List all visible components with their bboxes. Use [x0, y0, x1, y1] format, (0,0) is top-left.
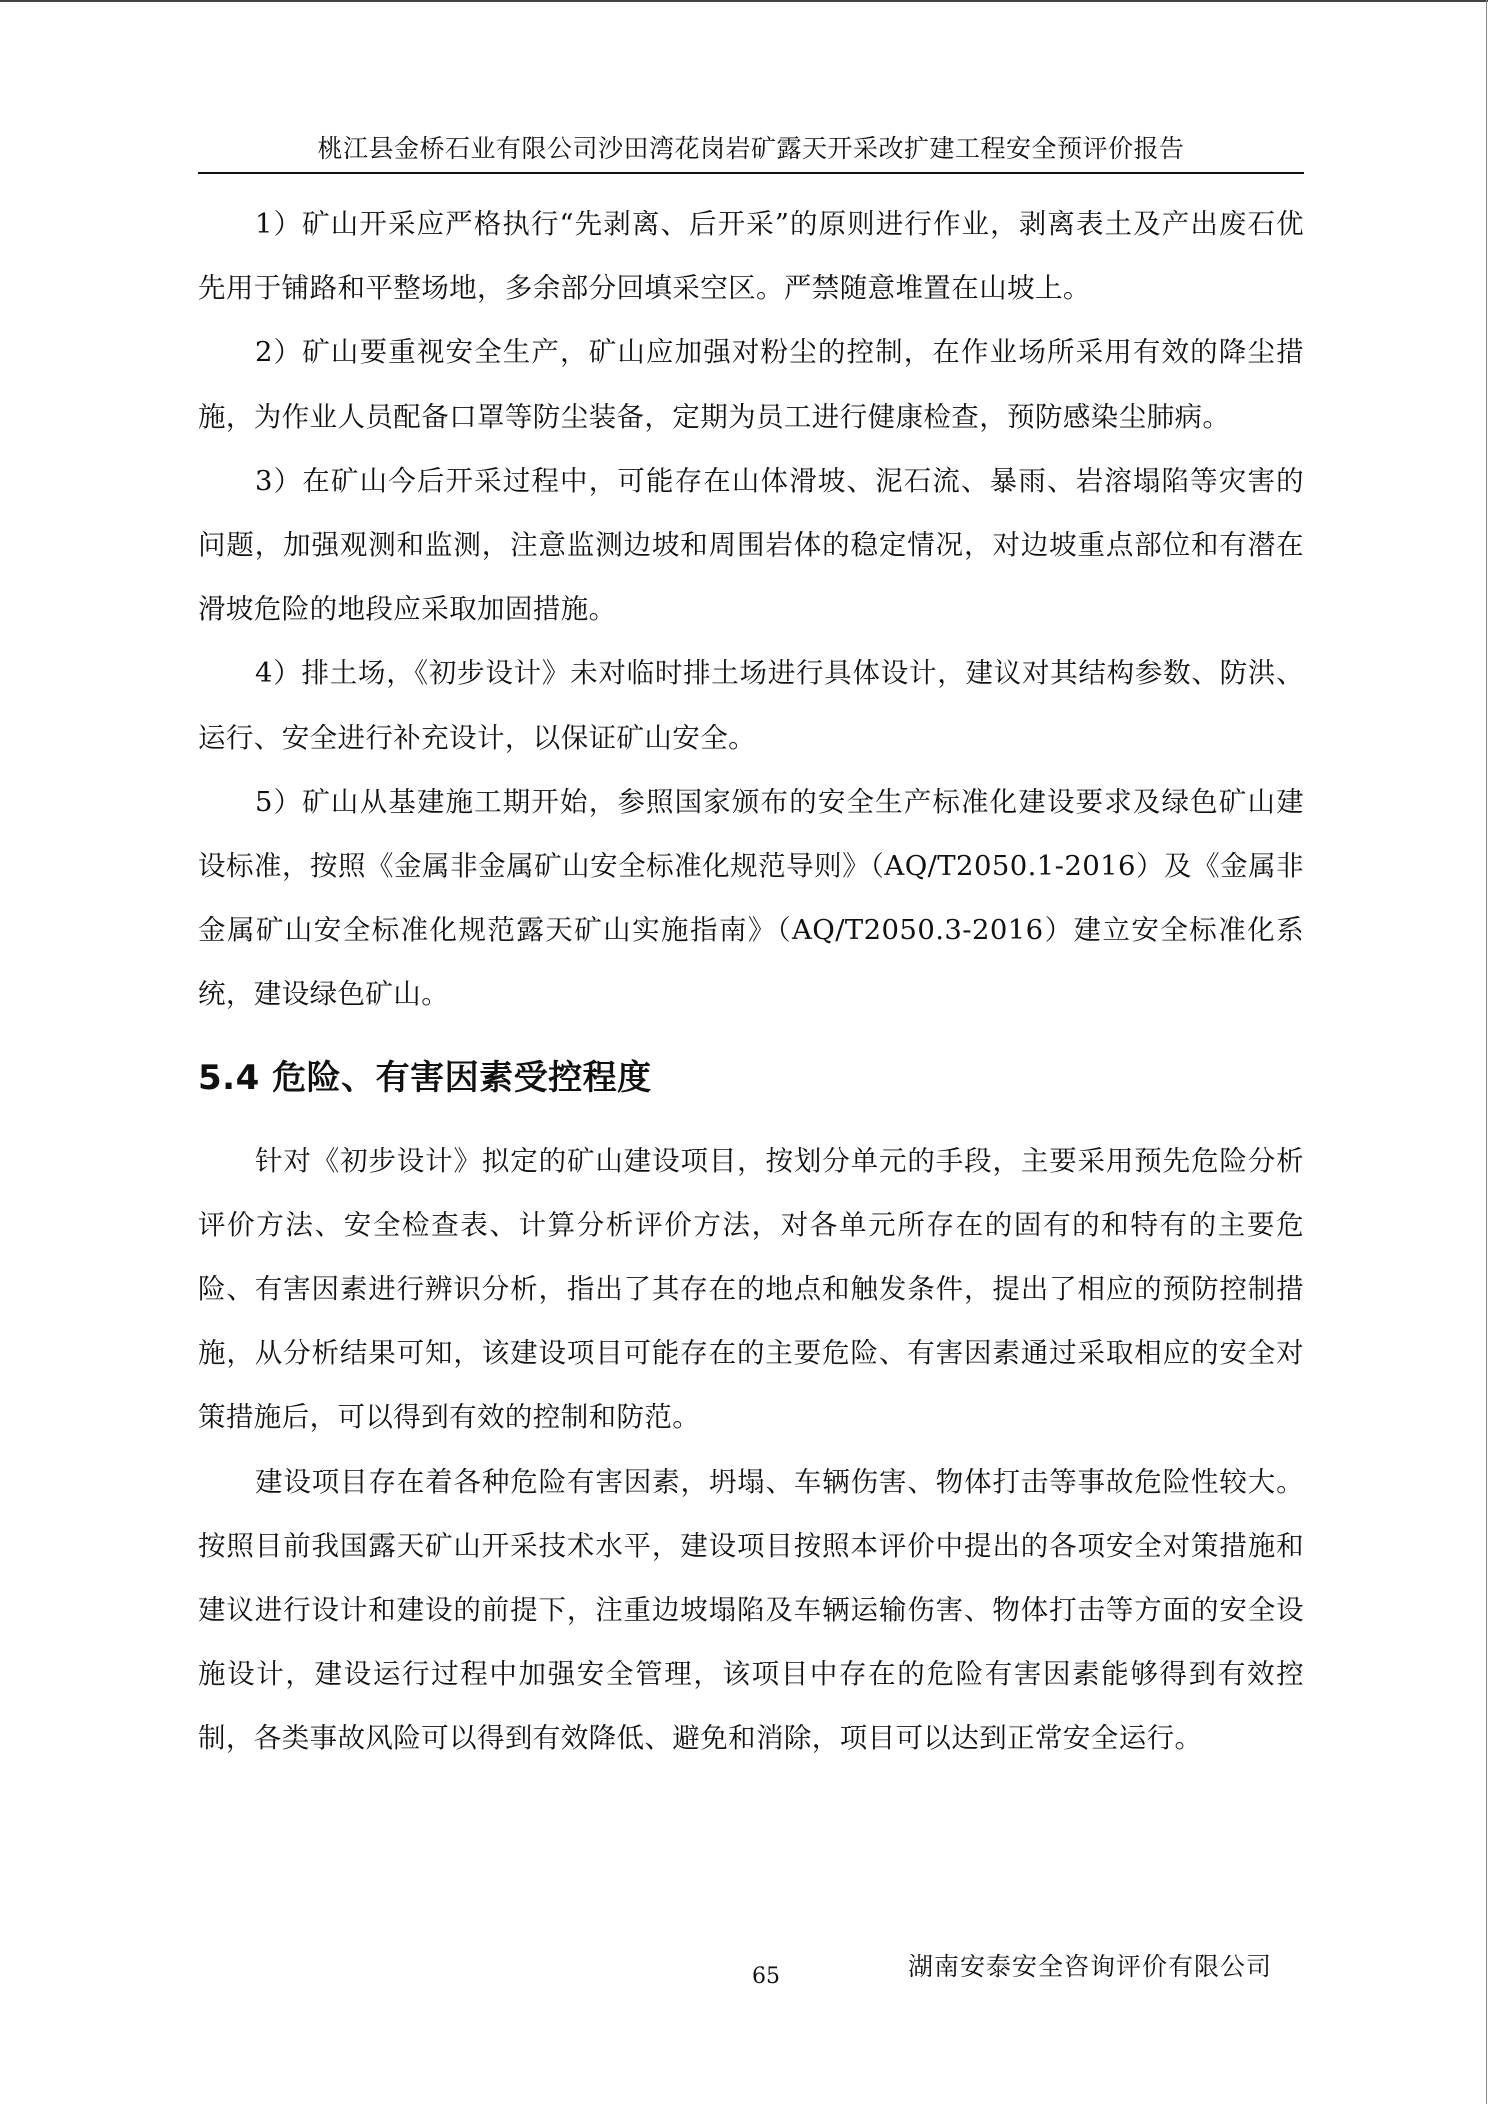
page-body: 1）矿山开采应严格执行“先剥离、后开采”的原则进行作业，剥离表土及产出废石优先用…: [198, 192, 1304, 1771]
running-header-title: 桃江县金桥石业有限公司沙田湾花岗岩矿露天开采改扩建工程安全预评价报告: [198, 132, 1304, 166]
recommendation-item-4: 4）排土场，《初步设计》未对临时排土场进行具体设计，建议对其结构参数、防洪、运行…: [198, 641, 1304, 769]
section-paragraph-1: 针对《初步设计》拟定的矿山建设项目，按划分单元的手段，主要采用预先危险分析评价方…: [198, 1129, 1304, 1450]
header-rule: [198, 172, 1304, 174]
footer-company-name: 湖南安泰安全咨询评价有限公司: [908, 1950, 1272, 1984]
recommendation-item-2: 2）矿山要重视安全生产，矿山应加强对粉尘的控制，在作业场所采用有效的降尘措施，为…: [198, 320, 1304, 448]
section-paragraph-2: 建设项目存在着各种危险有害因素，坍塌、车辆伤害、物体打击等事故危险性较大。按照目…: [198, 1450, 1304, 1771]
page-border-top: [0, 0, 1488, 2]
recommendation-item-5: 5）矿山从基建施工期开始，参照国家颁布的安全生产标准化建设要求及绿色矿山建设标准…: [198, 770, 1304, 1027]
page-number: 65: [752, 1962, 780, 1992]
page-border-right: [1486, 0, 1487, 2104]
recommendation-item-3: 3）在矿山今后开采过程中，可能存在山体滑坡、泥石流、暴雨、岩溶塌陷等灾害的问题，…: [198, 449, 1304, 642]
recommendation-item-1: 1）矿山开采应严格执行“先剥离、后开采”的原则进行作业，剥离表土及产出废石优先用…: [198, 192, 1304, 320]
section-heading: 5.4 危险、有害因素受控程度: [198, 1045, 1304, 1111]
